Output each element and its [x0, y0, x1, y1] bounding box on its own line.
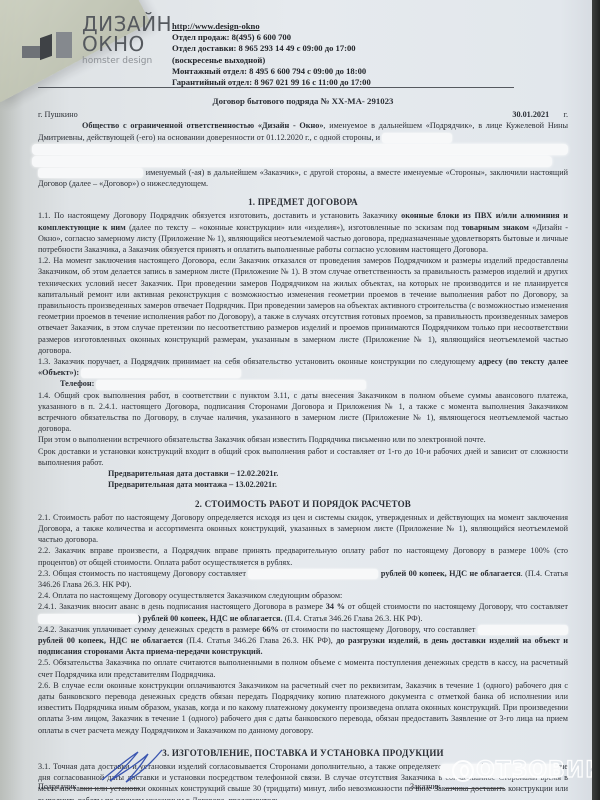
contract-date: 30.01.2021	[512, 110, 549, 119]
background-edge	[592, 0, 600, 800]
company-logo: ДИЗАЙН ОКНО homster design	[22, 14, 162, 74]
redacted-line	[32, 156, 552, 167]
website-link[interactable]: http://www.design-okno	[172, 21, 371, 32]
clause-2-4-1: 2.4.1. Заказчик вносит аванс в день подп…	[38, 601, 568, 623]
delivery-phone: Отдел доставки: 8 965 293 14 49 с 09:00 …	[172, 43, 371, 54]
contact-block: http://www.design-okno Отдел продаж: 8(4…	[172, 21, 371, 88]
contract-body: Договор бытового подряда № XX-MA- 291023…	[38, 96, 568, 800]
phone-label: Телефон:	[60, 379, 94, 388]
clause-2-3: 2.3. Общая стоимость по настоящему Догов…	[38, 568, 568, 590]
contractor-signature: Подрядчик	[38, 782, 140, 791]
redacted-advance-amount	[38, 614, 138, 624]
installation-date: Предварительная дата монтажа – 13.02.202…	[38, 479, 568, 490]
header-divider	[38, 87, 514, 88]
clause-1-1: 1.1. По настоящему Договору Подрядчик об…	[38, 210, 568, 255]
section-2-heading: 2. СТОИМОСТЬ РАБОТ И ПОРЯДОК РАСЧЕТОВ	[38, 499, 568, 510]
redacted-total-amount	[248, 569, 378, 579]
installation-phone: Монтажный отдел: 8 495 6 600 794 с 09:00…	[172, 66, 371, 77]
clause-1-3: 1.3. Заказчик поручает, а Подрядчик прин…	[38, 356, 568, 378]
clause-2-5: 2.5. Обязательства Заказчика по оплате с…	[38, 657, 568, 679]
clause-2-1: 2.1. Стоимость работ по настоящему Догов…	[38, 512, 568, 546]
place-date-line: г. Пушкино 30.01.2021 г.	[38, 109, 568, 120]
redacted-field	[38, 168, 143, 178]
delivery-note: (воскресенье выходной)	[172, 55, 371, 66]
clause-1-4: 1.4. Общий срок выполнения работ, в соот…	[38, 390, 568, 435]
document-photo: ДИЗАЙН ОКНО homster design http://www.de…	[0, 0, 592, 800]
clause-2-6: 2.6. В случае если оконные конструкции о…	[38, 680, 568, 736]
section-1-heading: 1. ПРЕДМЕТ ДОГОВОРА	[38, 197, 568, 208]
otzovik-logo-icon	[452, 760, 474, 782]
preamble: Общество с ограниченной ответственностью…	[38, 120, 568, 142]
clause-1-4b: При этом о выполнении встречного обязате…	[38, 434, 568, 445]
customer-signature: Заказчик	[410, 782, 505, 791]
logo-line1: ДИЗАЙН	[82, 14, 172, 34]
date-suffix: г.	[564, 110, 568, 119]
contractor-name: Общество с ограниченной ответственностью…	[82, 121, 323, 130]
clause-2-4: 2.4. Оплата по настоящему Договору осуще…	[38, 590, 568, 601]
redacted-customer-name	[382, 133, 452, 143]
watermark-text: ОТЗОВИК	[476, 758, 592, 783]
contract-title: Договор бытового подряда № XX-MA- 291023	[38, 96, 568, 107]
logo-line2: ОКНО	[82, 34, 172, 54]
handwritten-signature-icon	[100, 748, 170, 784]
sales-phone: Отдел продаж: 8(495) 6 600 700	[172, 32, 371, 43]
clause-2-2: 2.2. Заказчик вправе произвести, а Подря…	[38, 545, 568, 567]
redacted-line	[32, 144, 568, 155]
city: г. Пушкино	[38, 109, 78, 120]
redacted-phone	[96, 380, 366, 390]
logo-tagline: homster design	[82, 56, 172, 66]
otzovik-watermark: ОТЗОВИК	[452, 758, 592, 783]
redacted-address	[81, 368, 241, 378]
phone-line: Телефон:	[38, 378, 568, 389]
delivery-date: Предварительная дата доставки – 12.02.20…	[38, 468, 568, 479]
preamble-end: именуемый (-ая) в дальнейшем «Заказчик»,…	[38, 167, 568, 189]
clause-2-4-2: 2.4.2. Заказчик уплачивает сумму денежны…	[38, 624, 568, 658]
clause-1-4c: Срок доставки и установки конструкций вх…	[38, 446, 568, 468]
clause-1-2: 1.2. На момент заключения настоящего Дог…	[38, 255, 568, 356]
redacted-balance-amount	[478, 625, 568, 635]
